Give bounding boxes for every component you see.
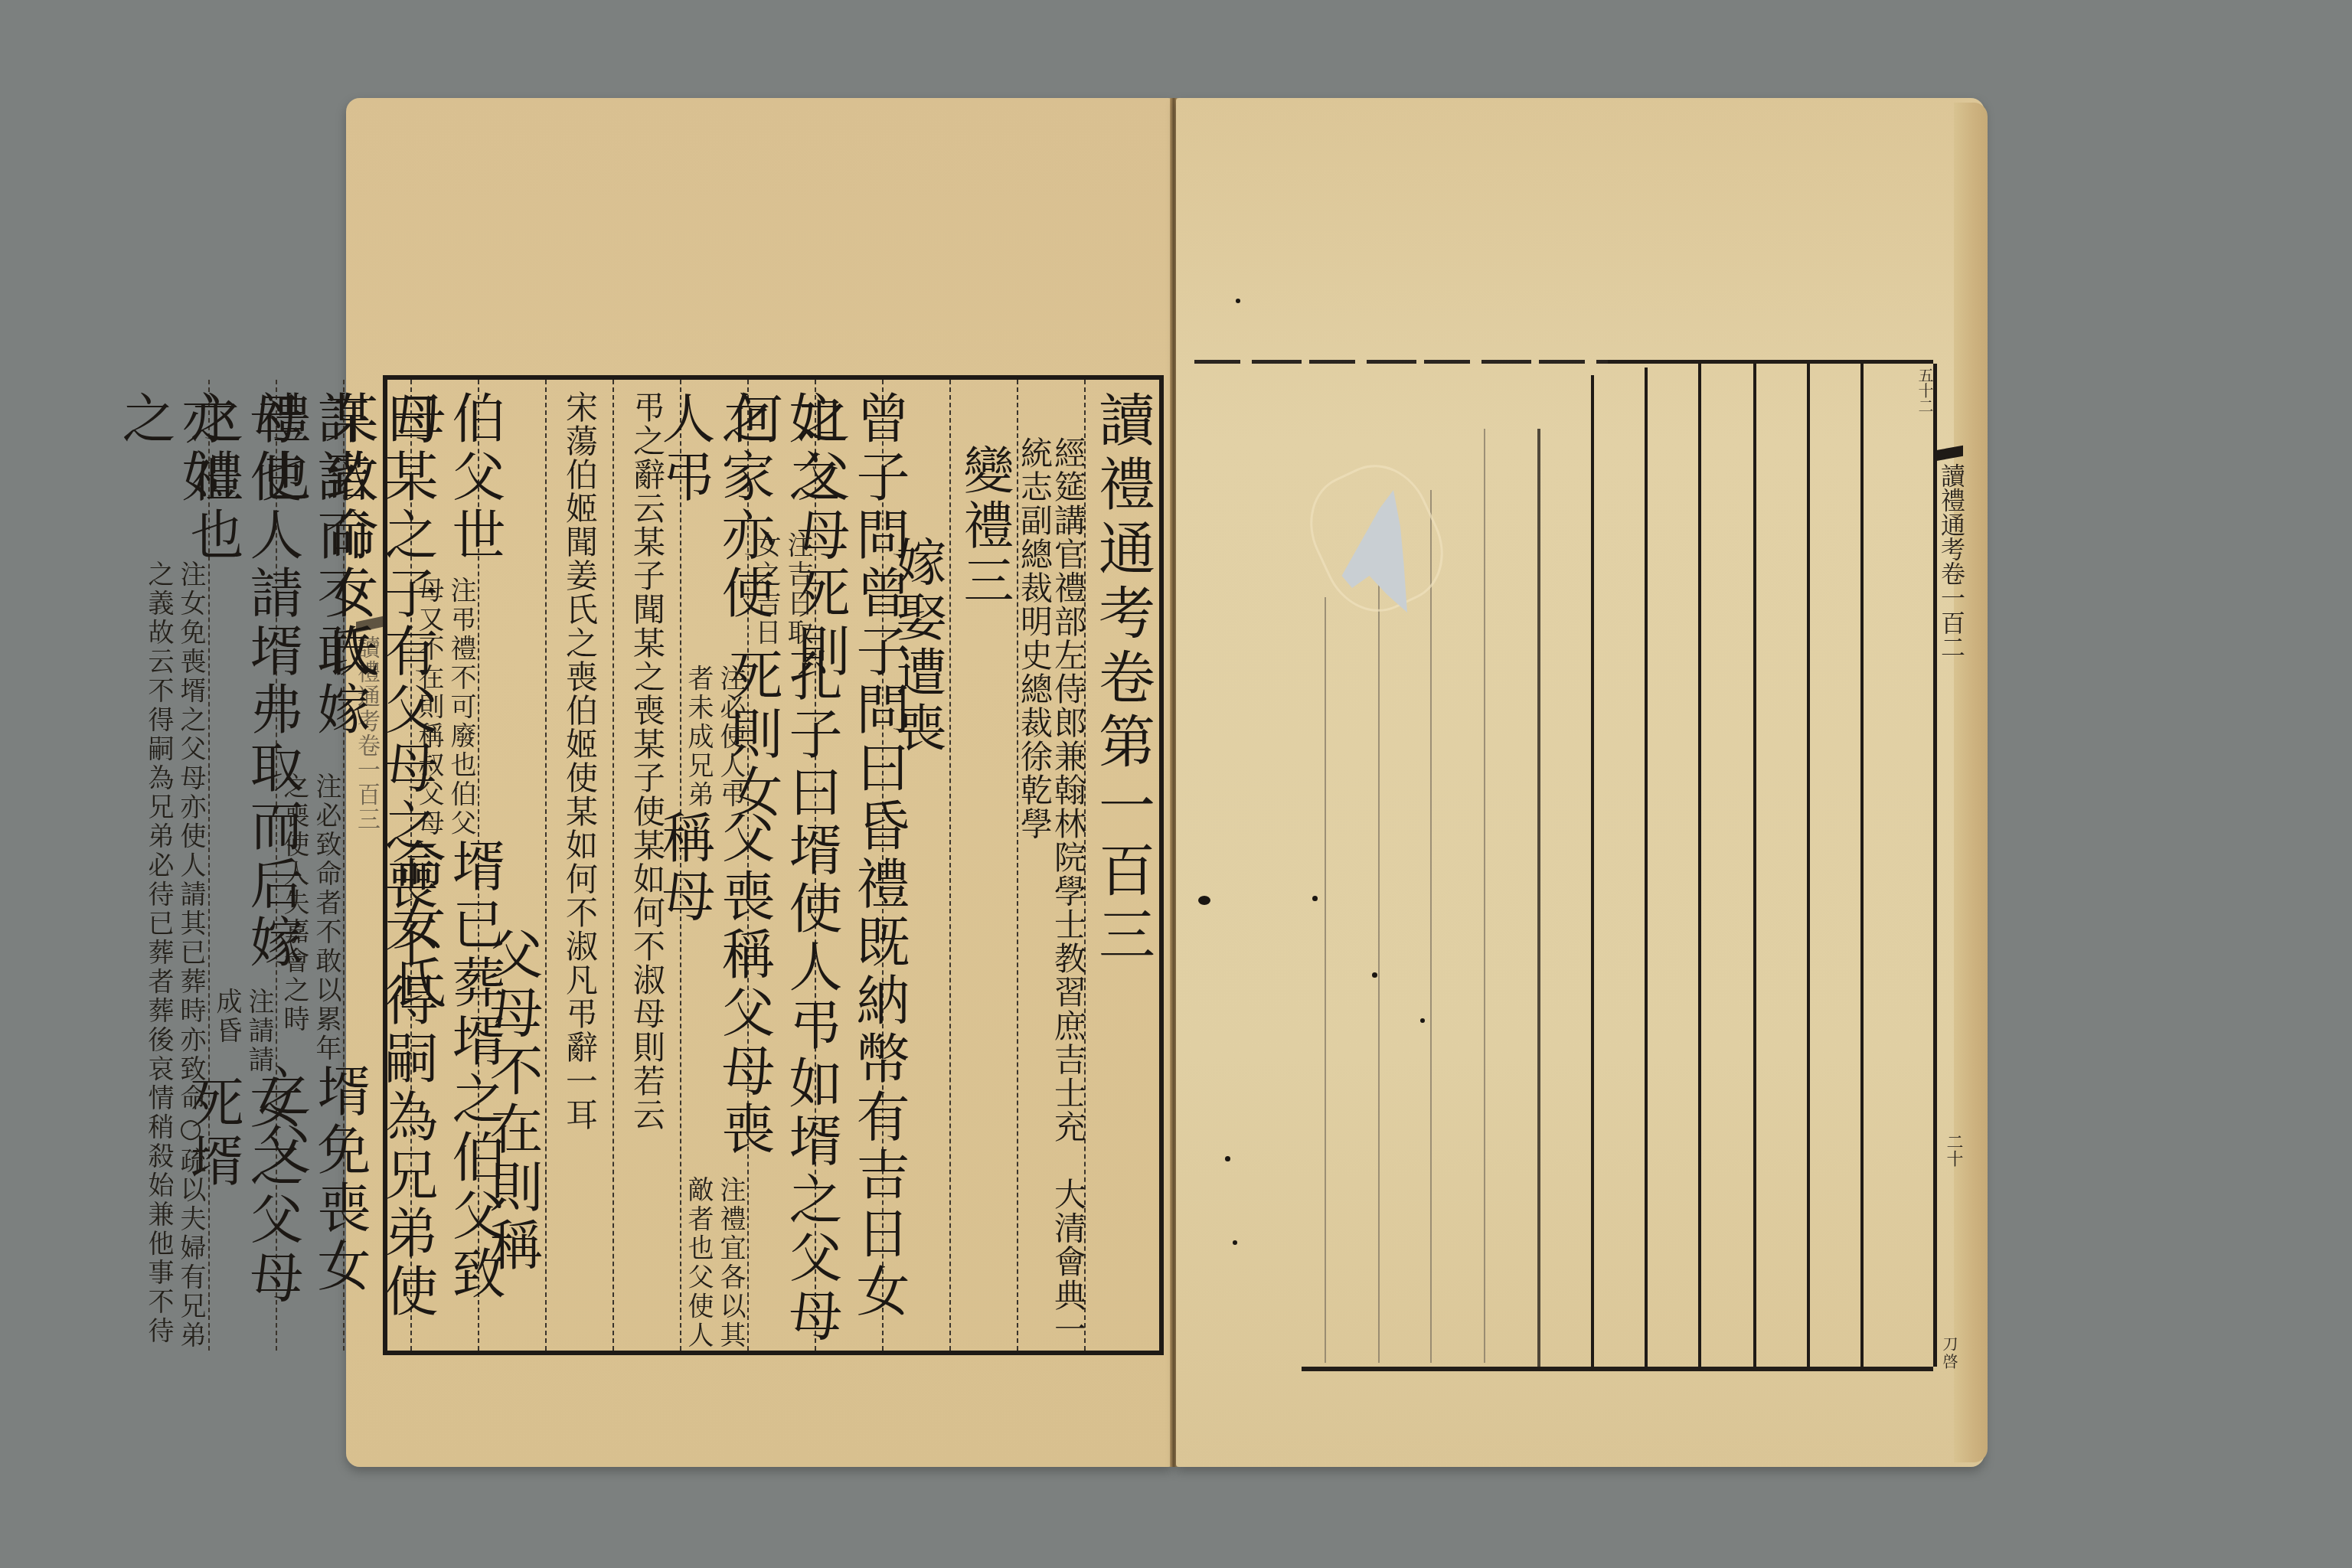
column-title: 讀禮通考卷第一百三	[1084, 380, 1159, 1351]
commentary-note: 注請請 成昏	[212, 988, 273, 1075]
ink-speck	[1233, 1240, 1237, 1245]
column-rule	[1378, 536, 1380, 1363]
text-frame: 讀禮通考卷第一百三 經筵講官禮部左侍郎兼翰林院學士教習庶吉士充 大清會典一統志副…	[383, 375, 1164, 1355]
foreedge-lower-label: 二十	[1942, 1133, 1965, 1167]
leaf-number: 五十二	[1914, 367, 1936, 413]
column-section: 變禮三	[949, 380, 1017, 1351]
commentary-note: 注禮宜各以其 敵者也父使人	[684, 1176, 745, 1351]
ink-speck	[1225, 1156, 1230, 1161]
carver-mark-2: 啓	[1939, 1354, 1961, 1369]
right-frame-top-border-solid	[1608, 360, 1933, 364]
ink-speck	[1198, 896, 1210, 905]
ink-speck	[1372, 972, 1377, 978]
ink-speck	[1312, 896, 1318, 901]
column-rule	[1807, 364, 1810, 1367]
column-body-3: 之家亦使人弔 注必使人弔 者未成兄弟 父喪稱父母喪稱母 注禮宜各以其 敵者也父使…	[680, 380, 747, 1351]
ink-speck	[1420, 1018, 1425, 1023]
section-heading: 變禮三	[954, 444, 1014, 609]
commentary-column: 宋蕩伯姬聞姜氏之喪伯姬使某如何不淑凡弔辭一耳	[563, 390, 596, 1132]
commentary-note: 注女免喪壻之父母亦使人請其已葬時亦致命○疏以夫婦有兄弟 之義故云不得嗣為兄弟必待…	[144, 560, 205, 1351]
column-rule	[1430, 490, 1432, 1363]
carver-mark-1: 刀	[1939, 1336, 1961, 1351]
open-book: 讀禮通考卷一百三 讀禮通考卷第一百三 經筵講官禮部左侍郎兼翰林院學士教習庶吉士充…	[0, 0, 2352, 1568]
column-rule	[1753, 364, 1756, 1367]
ink-speck	[1236, 299, 1240, 303]
column-rule	[1591, 375, 1594, 1367]
right-page-edge	[1954, 103, 1988, 1462]
column-rule	[1698, 364, 1701, 1367]
author-line: 經筵講官禮部左侍郎兼翰林院學士教習庶吉士充 大清會典一統志副總裁明史總裁徐乾學	[1018, 390, 1085, 1351]
right-frame-bottom-border	[1302, 1367, 1933, 1371]
foreedge-label-right: 讀禮通考卷一百二	[1939, 463, 1965, 659]
column-note-1: 弔之辭云某子聞某之喪某子使某如何不淑母則若云	[612, 380, 680, 1351]
column-rule	[1645, 367, 1648, 1367]
column-rule	[1484, 429, 1485, 1363]
column-rule	[1860, 364, 1864, 1367]
volume-title: 讀禮通考卷第一百三	[1093, 390, 1152, 969]
column-rule	[1325, 597, 1326, 1363]
column-body-9: 亦如之 注女免喪壻之父母亦使人請其已葬時亦致命○疏以夫婦有兄弟 之義故云不得嗣為…	[141, 380, 208, 1351]
body-text: 亦如之	[115, 390, 234, 560]
commentary-note: 注必使人弔 者未成兄弟	[684, 665, 745, 810]
column-author: 經筵講官禮部左侍郎兼翰林院學士教習庶吉士充 大清會典一統志副總裁明史總裁徐乾學	[1017, 380, 1084, 1351]
column-rule	[1537, 429, 1540, 1367]
commentary-column: 弔之辭云某子聞某之喪某子使某如何不淑母則若云	[630, 390, 664, 1132]
column-note-2: 宋蕩伯姬聞姜氏之喪伯姬使某如何不淑凡弔辭一耳	[545, 380, 612, 1351]
